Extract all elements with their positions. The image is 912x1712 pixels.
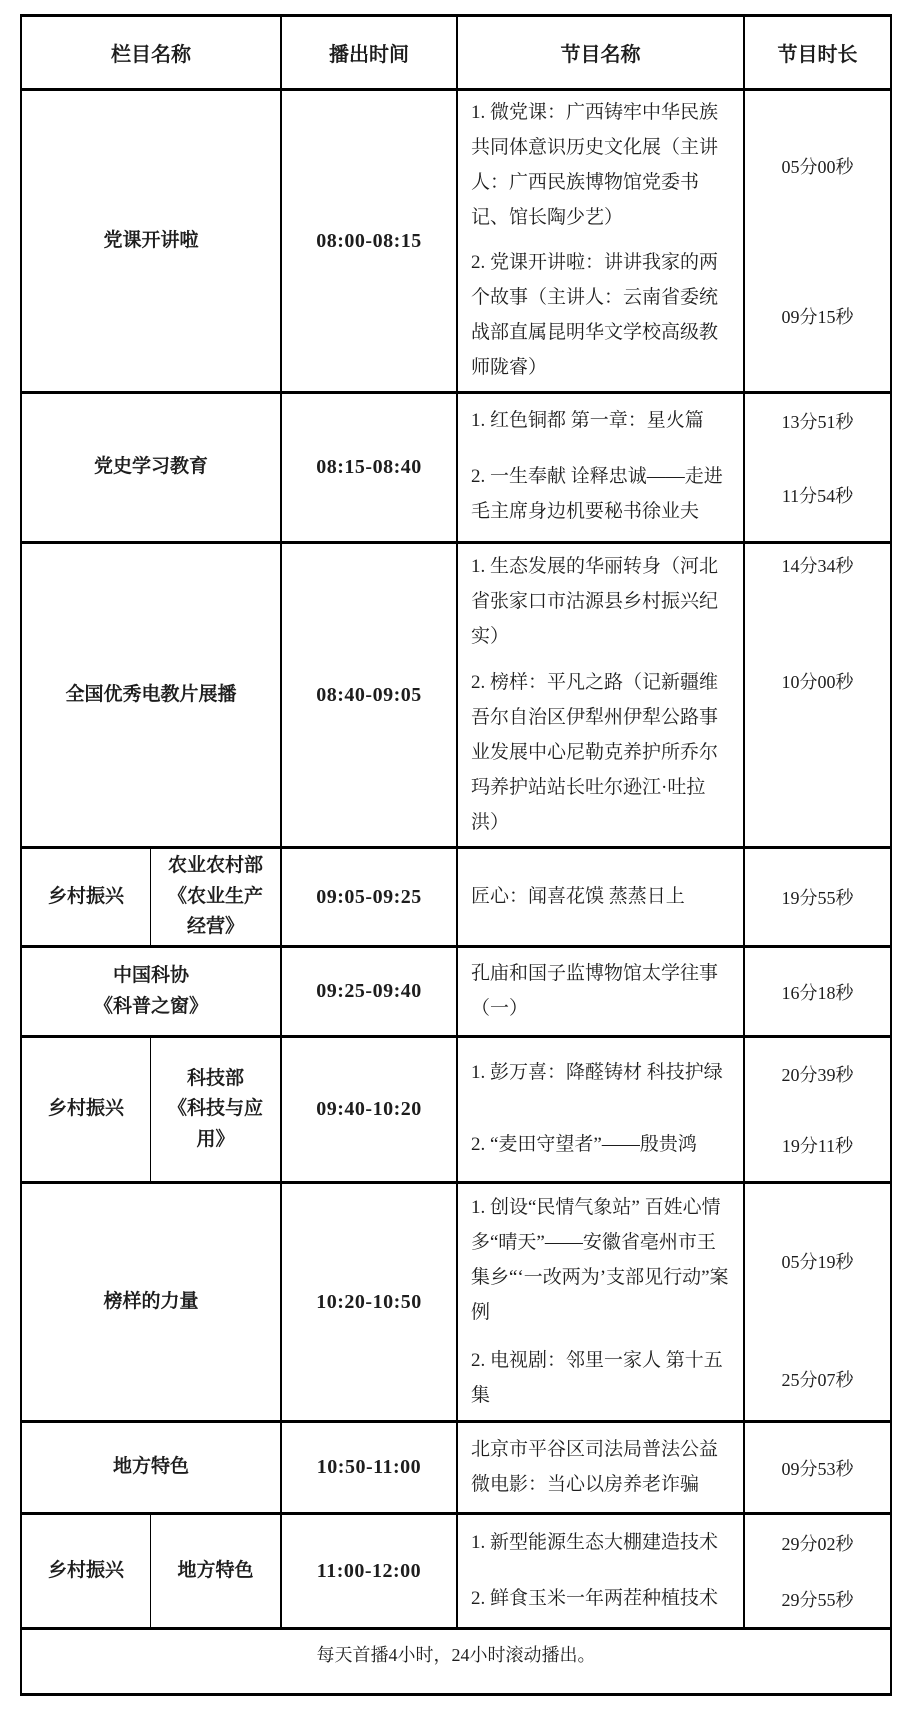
table-row: 党史学习教育 08:15-08:40 1. 红色铜都 第一章：星火篇 13分51…	[22, 391, 890, 541]
broadcast-time-cell: 09:05-09:25	[280, 849, 456, 945]
broadcast-time-cell: 11:00-12:00	[280, 1515, 456, 1627]
header-broadcast-time: 播出时间	[280, 17, 456, 88]
program-duration-cell: 29分02秒	[743, 1515, 890, 1571]
channel-name-cell: 党课开讲啦	[22, 91, 280, 391]
header-row: 栏目名称 播出时间 节目名称 节目时长	[22, 17, 890, 88]
table-row: 全国优秀电教片展播 08:40-09:05 1. 生态发展的华丽转身（河北省张家…	[22, 541, 890, 846]
program-name-cell: 1. 彭万喜：降醛铸材 科技护绿	[456, 1038, 743, 1110]
channel-name-cell: 榜样的力量	[22, 1184, 280, 1420]
program-name-cell: 2. 一生奉献 诠释忠诚——走进毛主席身边机要秘书徐业夫	[456, 449, 743, 541]
broadcast-time-cell: 10:20-10:50	[280, 1184, 456, 1420]
broadcast-time-cell: 10:50-11:00	[280, 1423, 456, 1512]
program-duration-cell: 05分00秒	[743, 91, 890, 241]
program-duration-cell: 25分07秒	[743, 1337, 890, 1420]
program-duration-cell: 11分54秒	[743, 449, 890, 541]
program-duration-cell: 20分39秒	[743, 1038, 890, 1110]
program-duration-cell: 09分15秒	[743, 241, 890, 391]
program-duration-cell: 09分53秒	[743, 1423, 890, 1512]
program-name-cell: 1. 红色铜都 第一章：星火篇	[456, 394, 743, 449]
program-duration-cell: 19分11秒	[743, 1110, 890, 1182]
program-duration-cell: 10分00秒	[743, 660, 890, 846]
broadcast-time-cell: 09:25-09:40	[280, 948, 456, 1035]
table-row: 榜样的力量 10:20-10:50 1. 创设“民情气象站” 百姓心情多“晴天”…	[22, 1181, 890, 1420]
channel-name-cell: 全国优秀电教片展播	[22, 544, 280, 846]
schedule-table: 栏目名称 播出时间 节目名称 节目时长 党课开讲啦 08:00-08:15 1.…	[20, 14, 892, 1696]
channel-name-cell: 党史学习教育	[22, 394, 280, 541]
table-row: 党课开讲啦 08:00-08:15 1. 微党课：广西铸牢中华民族共同体意识历史…	[22, 88, 890, 391]
footer-note: 每天首播4小时，24小时滚动播出。	[22, 1630, 890, 1693]
program-name-cell: 1. 生态发展的华丽转身（河北省张家口市沽源县乡村振兴纪实）	[456, 544, 743, 660]
program-name-cell: 孔庙和国子监博物馆太学往事（一）	[456, 948, 743, 1035]
program-name-cell: 北京市平谷区司法局普法公益微电影：当心以房养老诈骗	[456, 1423, 743, 1512]
table-row: 地方特色 10:50-11:00 北京市平谷区司法局普法公益微电影：当心以房养老…	[22, 1420, 890, 1512]
broadcast-time-cell: 09:40-10:20	[280, 1038, 456, 1181]
header-column-name: 栏目名称	[22, 17, 280, 88]
table-row: 乡村振兴 地方特色 11:00-12:00 1. 新型能源生态大棚建造技术 29…	[22, 1512, 890, 1627]
channel-main-cell: 乡村振兴	[22, 1515, 150, 1627]
program-name-cell: 1. 新型能源生态大棚建造技术	[456, 1515, 743, 1571]
header-program-duration: 节目时长	[743, 17, 890, 88]
table-row: 乡村振兴 农业农村部 《农业生产 经营》 09:05-09:25 匠心：闻喜花馍…	[22, 846, 890, 945]
table-row: 乡村振兴 科技部 《科技与应 用》 09:40-10:20 1. 彭万喜：降醛铸…	[22, 1035, 890, 1181]
program-name-cell: 2. 榜样：平凡之路（记新疆维吾尔自治区伊犁州伊犁公路事业发展中心尼勒克养护所乔…	[456, 660, 743, 846]
broadcast-time-cell: 08:00-08:15	[280, 91, 456, 391]
channel-sub-cell: 农业农村部 《农业生产 经营》	[150, 849, 280, 945]
program-name-cell: 1. 微党课：广西铸牢中华民族共同体意识历史文化展（主讲人：广西民族博物馆党委书…	[456, 91, 743, 241]
program-duration-cell: 29分55秒	[743, 1571, 890, 1627]
channel-name-cell: 地方特色	[22, 1423, 280, 1512]
program-name-cell: 2. 电视剧：邻里一家人 第十五集	[456, 1337, 743, 1420]
program-duration-cell: 14分34秒	[743, 544, 890, 660]
program-name-cell: 2. “麦田守望者”——殷贵鸿	[456, 1110, 743, 1182]
program-duration-cell: 05分19秒	[743, 1184, 890, 1337]
channel-main-cell: 乡村振兴	[22, 1038, 150, 1181]
footer-row: 每天首播4小时，24小时滚动播出。	[22, 1627, 890, 1693]
broadcast-time-cell: 08:40-09:05	[280, 544, 456, 846]
program-name-cell: 2. 党课开讲啦：讲讲我家的两个故事（主讲人：云南省委统战部直属昆明华文学校高级…	[456, 241, 743, 391]
program-duration-cell: 16分18秒	[743, 948, 890, 1035]
program-name-cell: 1. 创设“民情气象站” 百姓心情多“晴天”——安徽省亳州市王集乡“‘一改两为’…	[456, 1184, 743, 1337]
table-row: 中国科协 《科普之窗》 09:25-09:40 孔庙和国子监博物馆太学往事（一）…	[22, 945, 890, 1035]
channel-name-cell: 中国科协 《科普之窗》	[22, 948, 280, 1035]
channel-sub-cell: 科技部 《科技与应 用》	[150, 1038, 280, 1181]
program-duration-cell: 13分51秒	[743, 394, 890, 449]
broadcast-time-cell: 08:15-08:40	[280, 394, 456, 541]
program-duration-cell: 19分55秒	[743, 849, 890, 945]
program-name-cell: 匠心：闻喜花馍 蒸蒸日上	[456, 849, 743, 945]
program-name-cell: 2. 鲜食玉米一年两茬种植技术	[456, 1571, 743, 1627]
header-program-name: 节目名称	[456, 17, 743, 88]
channel-sub-cell: 地方特色	[150, 1515, 280, 1627]
channel-main-cell: 乡村振兴	[22, 849, 150, 945]
